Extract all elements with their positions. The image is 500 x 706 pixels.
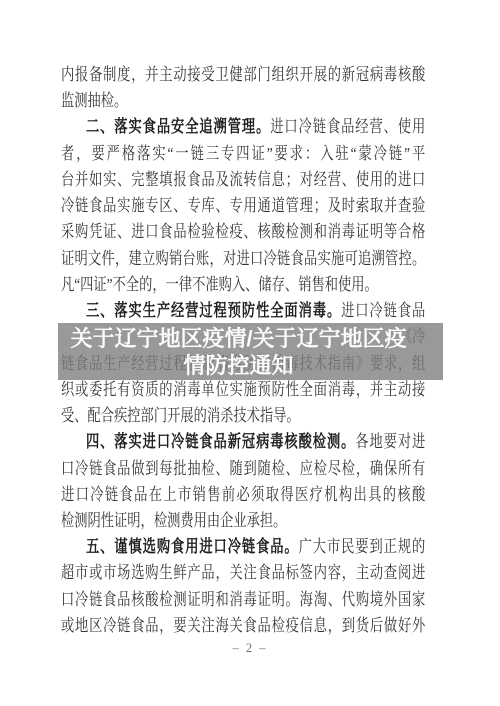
page-number: – 2 – bbox=[0, 638, 500, 658]
doc-line-segment: 各地要对进 bbox=[355, 432, 425, 451]
doc-line-segment: 采购凭证、进口食品检验检疫、核酸检测和消毒证明等合格 bbox=[61, 222, 425, 241]
doc-line-segment: 进口冷链食品在上市销售前必须取得医疗机构出具的核酸 bbox=[61, 485, 425, 504]
doc-line: 监测抽检。 bbox=[61, 88, 425, 114]
doc-line: 或地区冷链食品，要关注海关食品检疫信息，到货后做好外 bbox=[61, 613, 425, 639]
doc-line-segment: 检测阴性证明，检测费用由企业承担。 bbox=[61, 511, 286, 530]
doc-line-segment: 超市或市场选购生鲜产品，关注食品标签内容，主动查阅进 bbox=[61, 563, 425, 582]
overlay-title-line-2: 情防控通知 bbox=[183, 352, 293, 379]
doc-line: 进口冷链食品在上市销售前必须取得医疗机构出具的核酸 bbox=[61, 482, 425, 508]
doc-line: 口冷链食品核酸检测证明和消毒证明。海淘、代购境外国家 bbox=[61, 587, 425, 613]
doc-line: 四、落实进口冷链食品新冠病毒核酸检测。各地要对进 bbox=[61, 429, 425, 455]
doc-line-bold-segment: 五、谨慎选购食用进口冷链食品。 bbox=[86, 537, 299, 556]
doc-line: 台并如实、完整填报食品及流转信息；对经营、使用的进口 bbox=[61, 167, 425, 193]
watermark-title-overlay: 关于辽宁地区疫情/关于辽宁地区疫 情防控通知 bbox=[58, 323, 443, 380]
doc-line: 二、落实食品安全追溯管理。进口冷链食品经营、使用 bbox=[61, 114, 425, 140]
doc-line: 织或委托有资质的消毒单位实施预防性全面消毒，并主动接 bbox=[61, 377, 425, 403]
doc-line-bold-segment: 三、落实生产经营过程预防性全面消毒。 bbox=[86, 301, 341, 320]
doc-line: 采购凭证、进口食品检验检疫、核酸检测和消毒证明等合格 bbox=[61, 219, 425, 245]
doc-line-segment: 进口冷链食品 bbox=[341, 301, 425, 320]
doc-line-segment: 冷链食品实施专区、专库、专用通道管理；及时索取并查验 bbox=[61, 196, 425, 215]
doc-line-segment: 进口冷链食品经营、使用 bbox=[270, 117, 425, 136]
doc-line-segment: 口冷链食品做到每批抽检、随到随检、应检尽检，确保所有 bbox=[61, 459, 425, 478]
doc-line-segment: 证明文件，建立购销台账，对进口冷链食品实施可追溯管控。 bbox=[61, 249, 425, 268]
doc-line: 证明文件，建立购销台账，对进口冷链食品实施可追溯管控。 bbox=[61, 246, 425, 272]
doc-line-segment: 广大市民要到正规的 bbox=[299, 537, 426, 556]
doc-line-segment: 者，要严格落实“一链三专四证”要求：入驻“蒙冷链”平 bbox=[61, 144, 425, 163]
doc-line-segment: 口冷链食品核酸检测证明和消毒证明。海淘、代购境外国家 bbox=[61, 590, 425, 609]
doc-line: 口冷链食品做到每批抽检、随到随检、应检尽检，确保所有 bbox=[61, 456, 425, 482]
doc-line-segment: 受、配合疾控部门开展的消杀技术指导。 bbox=[61, 406, 300, 425]
doc-line-segment: 内报备制度，并主动接受卫健部门组织开展的新冠病毒核酸 bbox=[61, 65, 425, 84]
doc-line: 五、谨慎选购食用进口冷链食品。广大市民要到正规的 bbox=[61, 534, 425, 560]
doc-line-bold-segment: 二、落实食品安全追溯管理。 bbox=[86, 117, 270, 136]
document-page: 内报备制度，并主动接受卫健部门组织开展的新冠病毒核酸监测抽检。二、落实食品安全追… bbox=[0, 0, 500, 706]
doc-line-segment: 或地区冷链食品，要关注海关食品检疫信息，到货后做好外 bbox=[61, 616, 425, 635]
doc-line-bold-segment: 四、落实进口冷链食品新冠病毒核酸检测。 bbox=[86, 432, 355, 451]
doc-line: 凡“四证”不全的，一律不准购入、储存、销售和使用。 bbox=[61, 272, 425, 298]
doc-line: 检测阴性证明，检测费用由企业承担。 bbox=[61, 508, 425, 534]
overlay-title-line-1: 关于辽宁地区疫情/关于辽宁地区疫 bbox=[70, 325, 406, 352]
doc-line-segment: 织或委托有资质的消毒单位实施预防性全面消毒，并主动接 bbox=[61, 380, 425, 399]
doc-line-segment: 凡“四证”不全的，一律不准购入、储存、销售和使用。 bbox=[61, 275, 378, 294]
doc-line: 内报备制度，并主动接受卫健部门组织开展的新冠病毒核酸 bbox=[61, 62, 425, 88]
doc-line: 受、配合疾控部门开展的消杀技术指导。 bbox=[61, 403, 425, 429]
doc-line: 超市或市场选购生鲜产品，关注食品标签内容，主动查阅进 bbox=[61, 560, 425, 586]
doc-line: 三、落实生产经营过程预防性全面消毒。进口冷链食品 bbox=[61, 298, 425, 324]
doc-line-segment: 台并如实、完整填报食品及流转信息；对经营、使用的进口 bbox=[61, 170, 425, 189]
doc-line: 冷链食品实施专区、专库、专用通道管理；及时索取并查验 bbox=[61, 193, 425, 219]
doc-line: 者，要严格落实“一链三专四证”要求：入驻“蒙冷链”平 bbox=[61, 141, 425, 167]
doc-line-segment: 监测抽检。 bbox=[61, 91, 127, 110]
